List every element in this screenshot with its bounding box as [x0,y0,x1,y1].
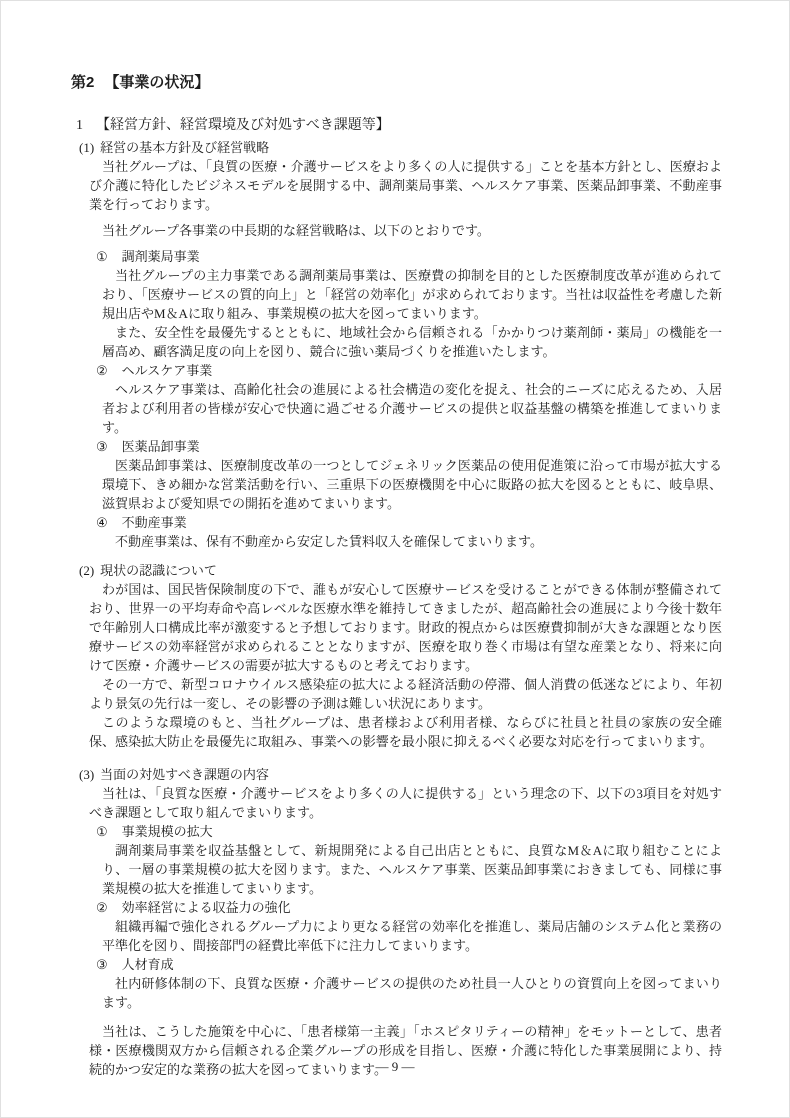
subsection-1-heading: (1)経営の基本方針及び経営戦略 [71,138,722,157]
item-heading-realestate: ④不動産事業 [96,513,722,532]
page-content: 第2【事業の状況】 1【経営方針、経営環境及び対処すべき課題等】 (1)経営の基… [1,1,789,1079]
subsection-2-paragraph: このような環境のもと、当社グループは、患者様および利用者様、ならびに社員と社員の… [89,713,722,751]
item-marker: ② [96,900,108,915]
item-heading-wholesale: ③医薬品卸事業 [96,437,722,456]
subsection-2-title: 現状の認識について [100,563,217,578]
page-number: ― 9 ― [1,1059,789,1075]
item-title: 医薬品卸事業 [122,439,200,454]
item-paragraph: 不動産事業は、保有不動産から安定した賃料収入を確保してまいります。 [102,532,722,551]
item-heading-healthcare: ②ヘルスケア事業 [96,361,722,380]
subsection-2-label: (2) [79,563,94,578]
item-title: 事業規模の拡大 [122,824,213,839]
item-paragraph: 組織再編で強化されるグループ力により更なる経営の効率化を推進し、薬局店舗のシステ… [102,917,722,955]
item-heading-hr: ③人材育成 [96,955,722,974]
subsection-1-label: (1) [79,140,94,155]
item-marker: ④ [96,515,108,530]
subsection-1-paragraph: 当社グループ各事業の中長期的な経営戦略は、以下のとおりです。 [89,221,722,240]
subsection-2-paragraph: わが国は、国民皆保険制度の下で、誰もが安心して医療サービスを受けることができる体… [89,580,722,675]
section-number: 1 [76,118,83,133]
item-marker: ③ [96,957,108,972]
subsection-3-title: 当面の対処すべき課題の内容 [100,767,269,782]
item-marker: ③ [96,439,108,454]
item-paragraph: 社内研修体制の下、良質な医療・介護サービスの提供のため社員一人ひとりの資質向上を… [102,974,722,1012]
subsection-1-paragraph: 当社グループは、「良質の医療・介護サービスをより多くの人に提供する」ことを基本方… [89,157,722,214]
item-heading-efficiency: ②効率経営による収益力の強化 [96,898,722,917]
item-heading-expansion: ①事業規模の拡大 [96,822,722,841]
item-title: 人材育成 [122,957,174,972]
item-title: 効率経営による収益力の強化 [122,900,291,915]
chapter-heading: 第2【事業の状況】 [71,73,722,92]
subsection-3-heading: (3)当面の対処すべき課題の内容 [71,765,722,784]
item-marker: ① [96,249,108,264]
item-title: 不動産事業 [122,515,187,530]
item-title: 調剤薬局事業 [122,249,200,264]
subsection-3-paragraph: 当社は、「良質な医療・介護サービスをより多くの人に提供する」という理念の下、以下… [89,784,722,822]
item-marker: ① [96,824,108,839]
item-marker: ② [96,363,108,378]
chapter-title: 【事業の状況】 [104,74,209,91]
item-paragraph: 医薬品卸事業は、医療制度改革の一つとしてジェネリック医薬品の使用促進策に沿って市… [102,456,722,513]
subsection-2-paragraph: その一方で、新型コロナウイルス感染症の拡大による経済活動の停滞、個人消費の低迷な… [89,675,722,713]
subsection-3-label: (3) [79,767,94,782]
report-page: 第2【事業の状況】 1【経営方針、経営環境及び対処すべき課題等】 (1)経営の基… [0,0,790,1118]
section-heading: 1【経営方針、経営環境及び対処すべき課題等】 [71,116,722,135]
item-heading-pharmacy: ①調剤薬局事業 [96,247,722,266]
subsection-2-heading: (2)現状の認識について [71,561,722,580]
chapter-number: 第2 [71,74,94,91]
subsection-1-title: 経営の基本方針及び経営戦略 [100,140,269,155]
item-paragraph: また、安全性を最優先するとともに、地域社会から信頼される「かかりつけ薬剤師・薬局… [102,323,722,361]
item-paragraph: ヘルスケア事業は、高齢化社会の進展による社会構造の変化を捉え、社会的ニーズに応え… [102,380,722,437]
item-paragraph: 当社グループの主力事業である調剤薬局事業は、医療費の抑制を目的とした医療制度改革… [102,266,722,323]
item-title: ヘルスケア事業 [122,363,213,378]
section-title: 【経営方針、経営環境及び対処すべき課題等】 [96,118,390,133]
item-paragraph: 調剤薬局事業を収益基盤として、新規開発による自己出店とともに、良質なM＆Aに取り… [102,841,722,898]
